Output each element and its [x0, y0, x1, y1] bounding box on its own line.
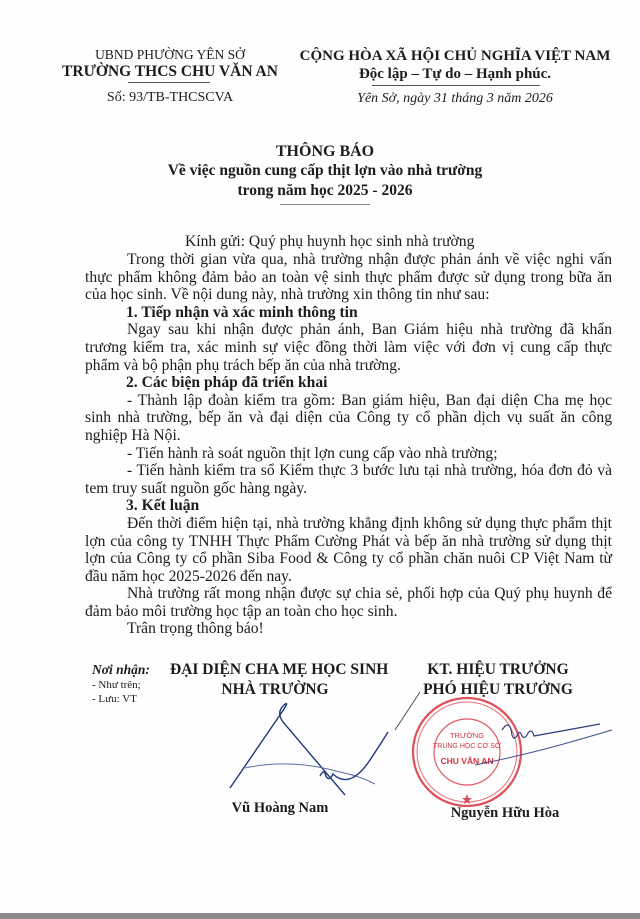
principal-signature-icon: [0, 0, 640, 919]
document-page: UBND PHƯỜNG YÊN SỞ TRƯỜNG THCS CHU VĂN A…: [0, 0, 640, 914]
scan-bottom-edge: [0, 913, 640, 919]
principal-name: Nguyễn Hữu Hòa: [405, 805, 605, 822]
